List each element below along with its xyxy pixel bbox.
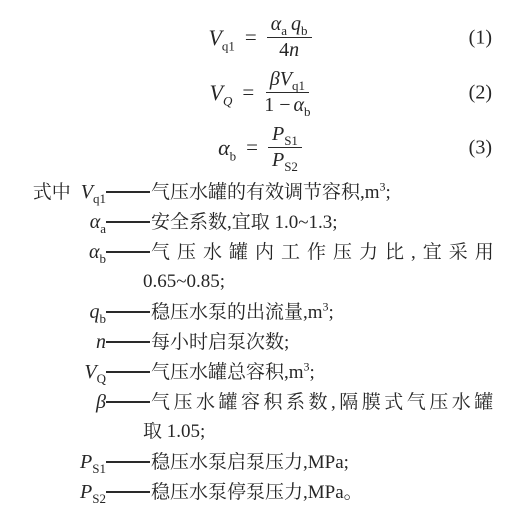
eq3-fraction: PS1 PS2 xyxy=(268,123,302,172)
symbol-vq: VQ xyxy=(84,357,106,387)
em-dash-connector xyxy=(106,191,150,193)
symbol-beta: β xyxy=(96,387,106,417)
eq3-num-subscript: S1 xyxy=(284,133,298,148)
equation-1-number: (1) xyxy=(469,26,492,49)
definition-line-ps2: PS2 稳压水泵停泵压力,MPa。 xyxy=(0,477,520,507)
definition-text: 稳压水泵停泵压力,MPa。 xyxy=(150,478,363,508)
eq3-den-symbol: P xyxy=(272,149,284,171)
eq1-num-subscript-1: a xyxy=(281,23,287,38)
definition-text: 气压水罐的有效调节容积,m3; xyxy=(150,178,391,208)
eq2-numerator: βVq1 xyxy=(266,68,309,93)
where-prefix: 式中 xyxy=(33,178,71,208)
em-dash-connector xyxy=(106,341,150,343)
definition-symbol-cell: αb xyxy=(0,237,106,267)
definition-line-alpha-b: αb 气压水罐内工作压力比,宜采用 xyxy=(0,237,520,267)
eq1-num-symbol-1: α xyxy=(271,13,282,35)
eq2-den-subscript: b xyxy=(304,104,311,119)
continuation-text: 取 1.05; xyxy=(142,417,205,447)
eq1-lhs: Vq1 xyxy=(208,25,234,51)
eq3-den-subscript: S2 xyxy=(284,159,298,174)
definition-symbol-cell: PS1 xyxy=(0,447,106,477)
eq2-den-constant: 1 − xyxy=(264,94,290,116)
equation-2-body: VQ = βVq1 1 −αb xyxy=(210,68,311,117)
definition-text: 每小时启泵次数; xyxy=(150,328,289,358)
definition-text: 安全系数,宜取 1.0~1.3; xyxy=(150,208,338,238)
equation-3-body: αb = PS1 PS2 xyxy=(218,123,302,172)
equation-2: VQ = βVq1 1 −αb (2) xyxy=(0,65,520,120)
eq1-den-coefficient: 4 xyxy=(279,39,289,61)
eq2-num-symbol-2: V xyxy=(280,68,292,90)
equation-1: Vq1 = αaqb 4n (1) xyxy=(0,10,520,65)
eq2-fraction: βVq1 1 −αb xyxy=(264,68,310,117)
symbol-ps1: PS1 xyxy=(80,447,106,477)
eq1-lhs-subscript: q1 xyxy=(222,38,235,53)
equals-sign: = xyxy=(245,25,257,50)
eq3-lhs-subscript: b xyxy=(230,148,237,163)
eq3-lhs: αb xyxy=(218,135,236,161)
definitions-block: 式中Vq1 气压水罐的有效调节容积,m3; αa 安全系数,宜取 1.0~1.3… xyxy=(0,177,520,507)
definition-line-n: n 每小时启泵次数; xyxy=(0,327,520,357)
definition-symbol-cell: β xyxy=(0,387,106,417)
definition-symbol-cell: 式中Vq1 xyxy=(0,177,106,208)
continuation-text: 0.65~0.85; xyxy=(142,267,225,297)
definition-symbol-cell: VQ xyxy=(0,357,106,387)
definition-symbol-cell: PS2 xyxy=(0,477,106,507)
definition-text: 气压水罐容积系数,隔膜式气压水罐 xyxy=(150,388,497,418)
equation-2-number: (2) xyxy=(469,81,492,104)
symbol-alpha-b: αb xyxy=(89,237,106,267)
definition-text: 稳压水泵的出流量,m3; xyxy=(150,298,334,328)
eq2-num-subscript-2: q1 xyxy=(292,78,305,93)
em-dash-connector xyxy=(106,461,150,463)
definition-line-ps1: PS1 稳压水泵启泵压力,MPa; xyxy=(0,447,520,477)
equals-sign: = xyxy=(246,135,258,160)
equation-3: αb = PS1 PS2 (3) xyxy=(0,120,520,175)
symbol-ps2: PS2 xyxy=(80,477,106,507)
eq2-lhs-subscript: Q xyxy=(223,93,232,108)
eq1-denominator: 4n xyxy=(279,38,299,62)
eq2-lhs: VQ xyxy=(210,80,233,106)
definition-line-vq: VQ 气压水罐总容积,m3; xyxy=(0,357,520,387)
eq1-numerator: αaqb xyxy=(267,13,312,38)
definition-text: 气压水罐内工作压力比,宜采用 xyxy=(150,238,501,268)
symbol-n: n xyxy=(96,327,106,357)
definition-line-vq1: 式中Vq1 气压水罐的有效调节容积,m3; xyxy=(0,177,520,207)
eq3-num-symbol: P xyxy=(272,123,284,145)
em-dash-connector xyxy=(106,311,150,313)
eq1-fraction: αaqb 4n xyxy=(267,13,312,62)
definition-symbol-cell: n xyxy=(0,327,106,357)
symbol-alpha-a: αa xyxy=(90,207,106,237)
em-dash-connector xyxy=(106,371,150,373)
eq3-numerator: PS1 xyxy=(268,123,302,148)
eq1-lhs-symbol: V xyxy=(208,25,221,50)
definition-symbol-cell: qb xyxy=(0,297,106,327)
definition-symbol-cell: αa xyxy=(0,207,106,237)
eq1-num-subscript-2: b xyxy=(301,23,308,38)
eq2-lhs-symbol: V xyxy=(210,80,223,105)
equals-sign: = xyxy=(242,80,254,105)
formula-block: Vq1 = αaqb 4n (1) VQ = βVq1 1 −αb (2) αb… xyxy=(0,0,520,175)
definition-line-beta: β 气压水罐容积系数,隔膜式气压水罐 xyxy=(0,387,520,417)
definition-line-alpha-a: αa 安全系数,宜取 1.0~1.3; xyxy=(0,207,520,237)
eq2-denominator: 1 −αb xyxy=(264,93,310,117)
equation-1-body: Vq1 = αaqb 4n xyxy=(208,13,311,62)
definition-continuation-value: 取 1.05; xyxy=(0,417,520,447)
definition-continuation-range: 0.65~0.85; xyxy=(0,267,520,297)
em-dash-connector xyxy=(106,251,150,253)
eq1-num-symbol-2: q xyxy=(291,13,301,35)
symbol-vq1: Vq1 xyxy=(81,177,106,207)
symbol-qb: qb xyxy=(90,297,107,327)
definition-text: 气压水罐总容积,m3; xyxy=(150,358,315,388)
em-dash-connector xyxy=(106,401,150,403)
eq2-den-symbol: α xyxy=(293,94,304,116)
definition-text: 稳压水泵启泵压力,MPa; xyxy=(150,448,349,478)
definition-line-qb: qb 稳压水泵的出流量,m3; xyxy=(0,297,520,327)
em-dash-connector xyxy=(106,221,150,223)
eq3-lhs-symbol: α xyxy=(218,135,230,160)
equation-3-number: (3) xyxy=(469,136,492,159)
eq3-denominator: PS2 xyxy=(272,148,298,172)
em-dash-connector xyxy=(106,491,150,493)
eq1-den-symbol: n xyxy=(289,39,299,61)
eq2-num-symbol-1: β xyxy=(270,68,280,90)
